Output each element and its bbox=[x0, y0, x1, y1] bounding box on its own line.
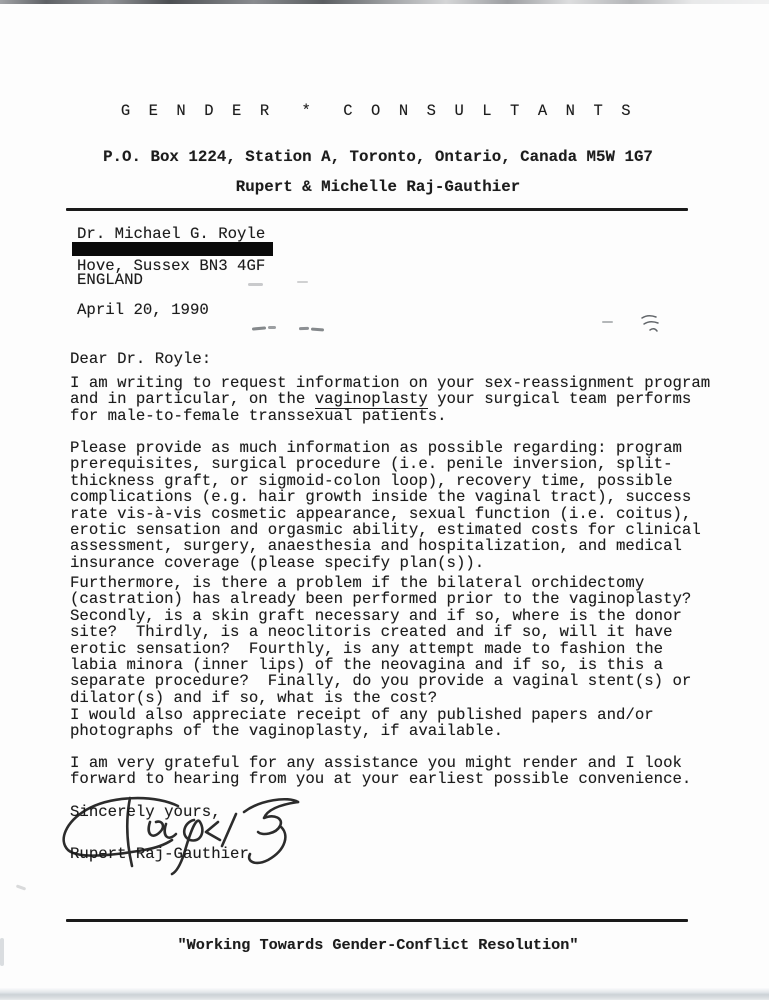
handwritten-signature bbox=[48, 792, 310, 884]
scan-bottom-edge-artifact bbox=[0, 988, 769, 1000]
letterhead-org-name: G E N D E R * C O N S U L T A N T S bbox=[66, 102, 690, 120]
letterhead-contacts: Rupert & Michelle Raj-Gauthier bbox=[66, 178, 690, 196]
scanned-letter-page: G E N D E R * C O N S U L T A N T S P.O.… bbox=[0, 0, 769, 1000]
scan-smudge bbox=[311, 328, 324, 332]
redacted-address-bar bbox=[72, 242, 273, 256]
scan-pen-mark bbox=[640, 314, 662, 336]
scan-edge-smudge bbox=[0, 938, 4, 966]
letterhead-divider-rule bbox=[66, 208, 688, 211]
footer-divider-rule bbox=[66, 919, 688, 922]
scan-smudge bbox=[297, 281, 308, 283]
scan-smudge bbox=[602, 321, 613, 323]
paragraph-questions: Furthermore, is there a problem if the b… bbox=[70, 575, 710, 706]
scan-smudge bbox=[252, 326, 266, 330]
paragraph-information-list: Please provide as much information as po… bbox=[70, 440, 710, 571]
scan-smudge bbox=[268, 326, 276, 329]
recipient-country: ENGLAND bbox=[77, 271, 143, 289]
paragraph-papers-request: I would also appreciate receipt of any p… bbox=[70, 707, 710, 740]
scan-smudge bbox=[16, 884, 26, 890]
recipient-name: Dr. Michael G. Royle bbox=[77, 225, 265, 243]
scan-top-edge-artifact bbox=[0, 0, 769, 4]
paragraph-thanks: I am very grateful for any assistance yo… bbox=[70, 755, 710, 788]
letter-date: April 20, 1990 bbox=[77, 301, 209, 319]
scan-smudge bbox=[248, 283, 263, 286]
footer-tagline: "Working Towards Gender-Conflict Resolut… bbox=[66, 936, 690, 954]
letterhead-address: P.O. Box 1224, Station A, Toronto, Ontar… bbox=[66, 148, 690, 166]
paragraph-request-intro: I am writing to request information on y… bbox=[70, 375, 710, 424]
salutation: Dear Dr. Royle: bbox=[70, 350, 211, 368]
scan-smudge bbox=[299, 327, 309, 331]
